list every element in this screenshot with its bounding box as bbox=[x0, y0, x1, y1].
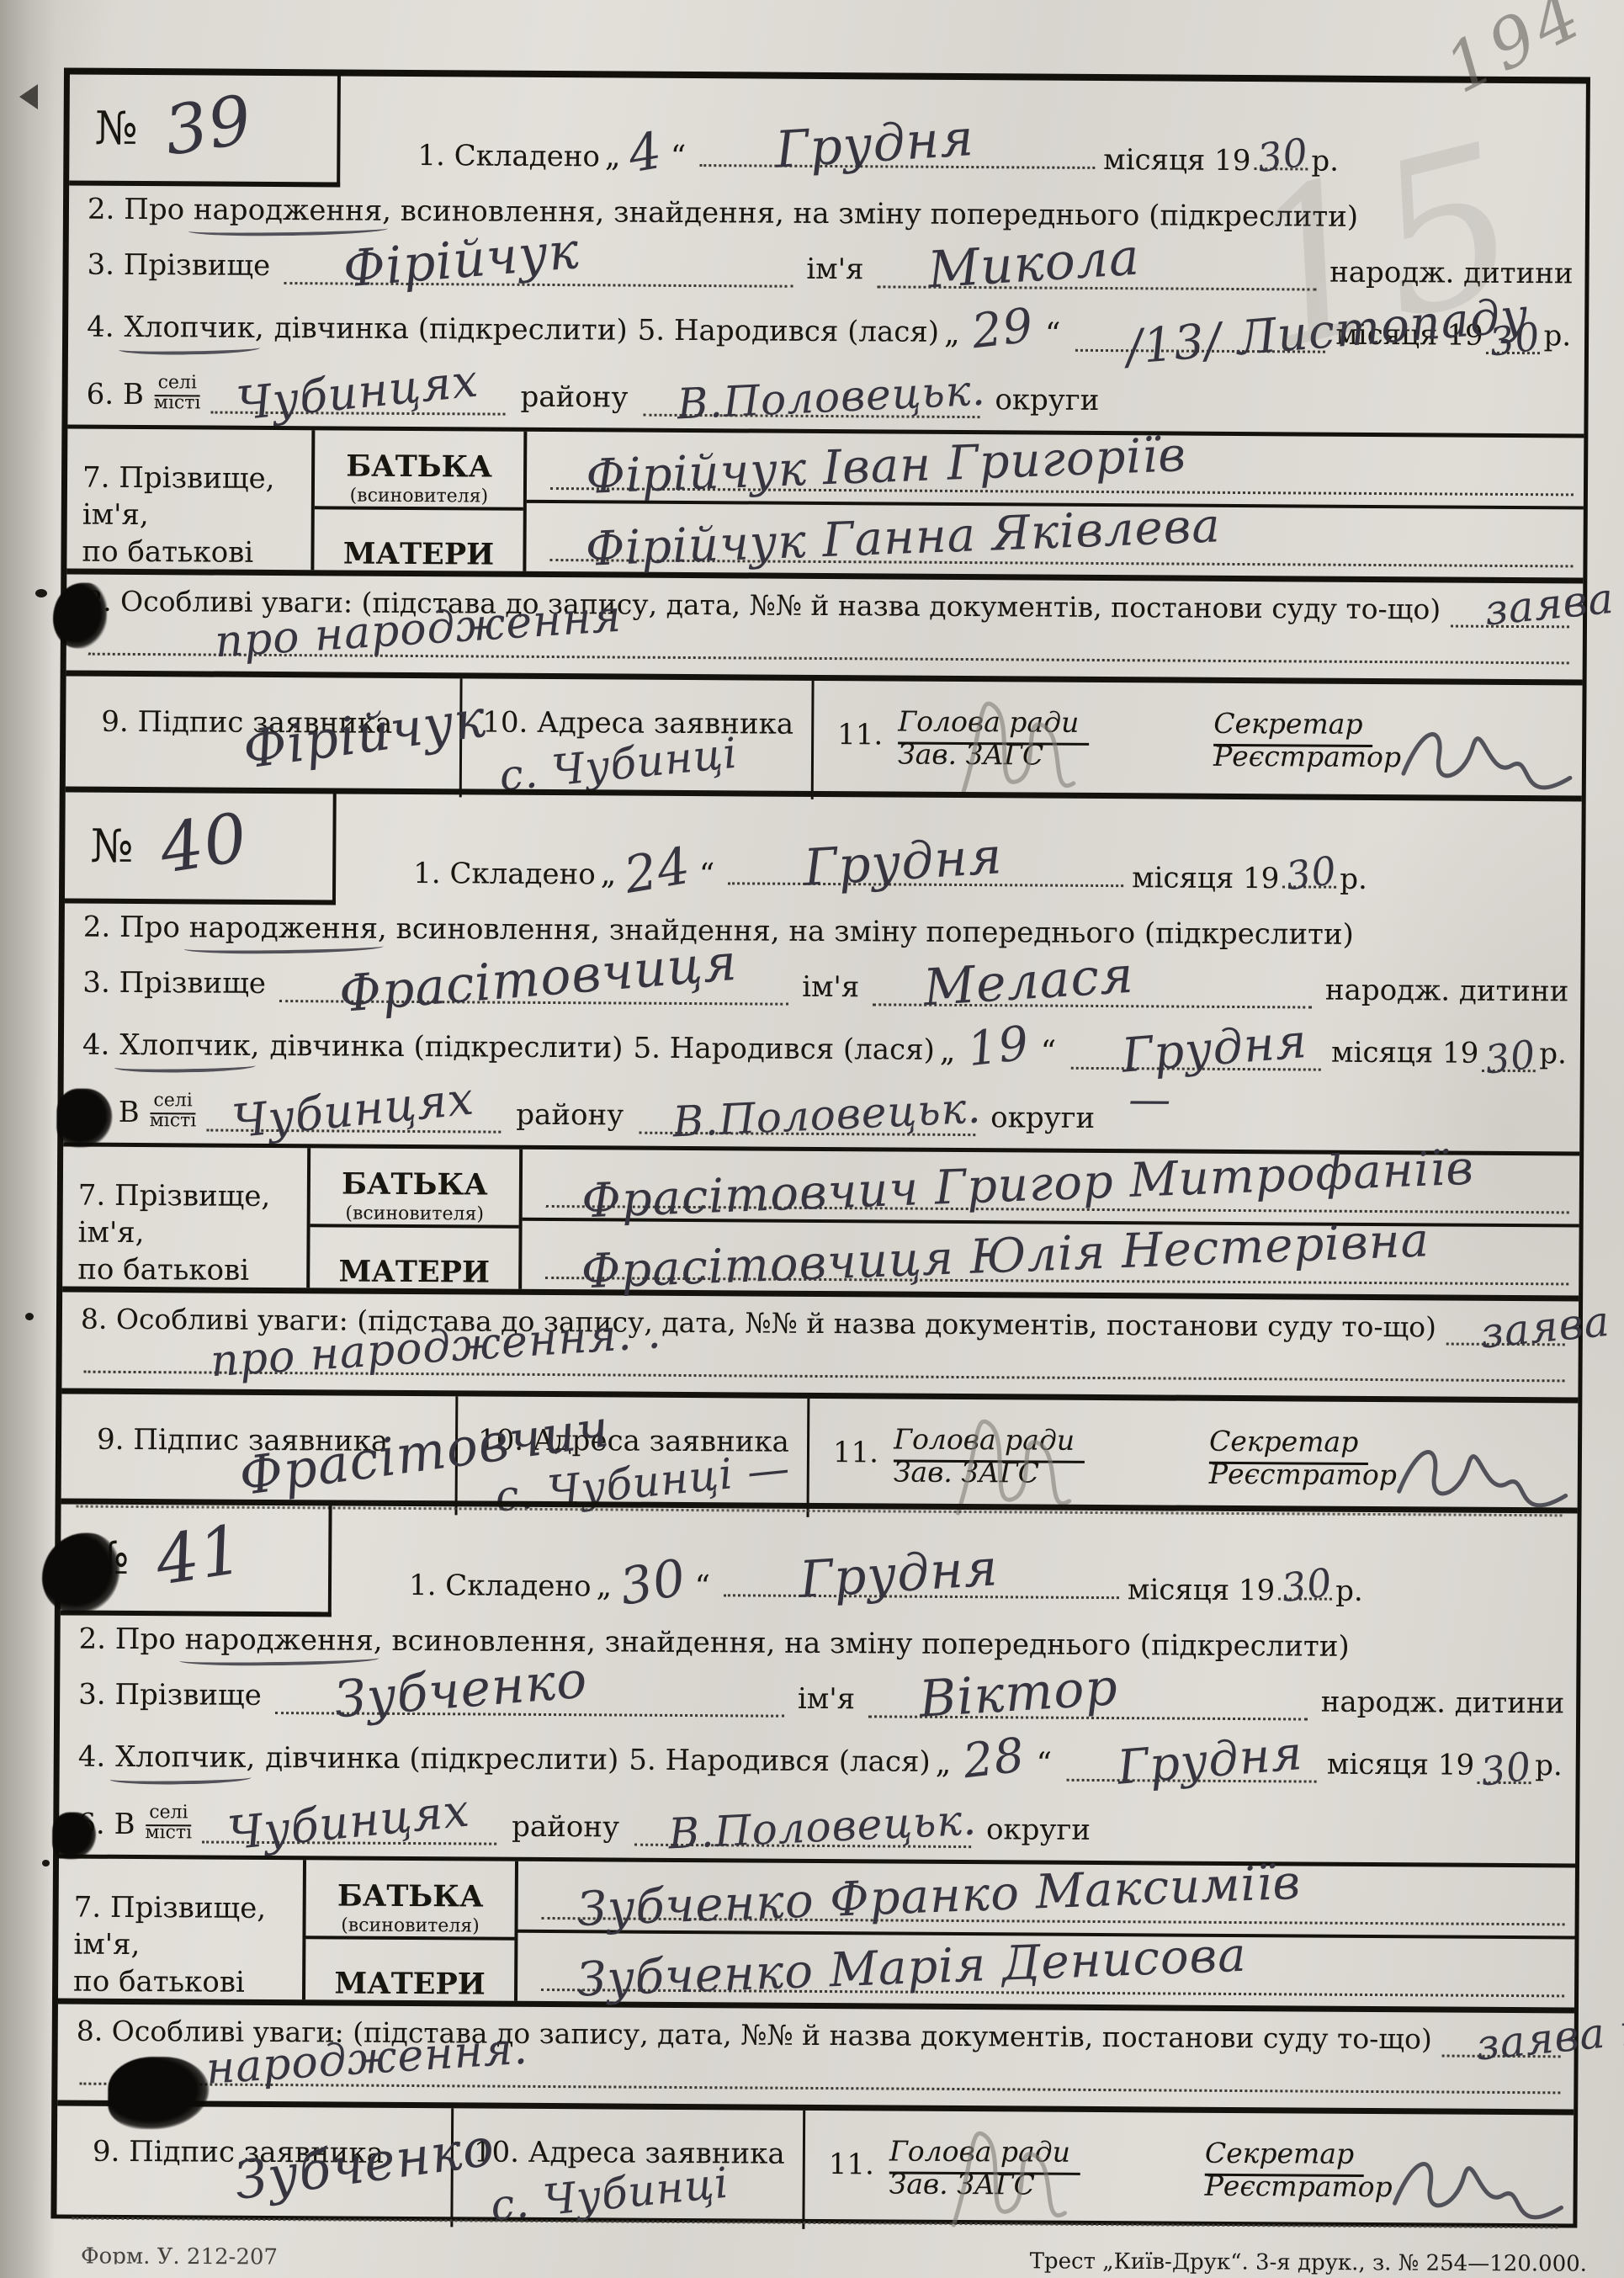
composed-month-handwritten: Грудня bbox=[773, 109, 975, 180]
ink-blot bbox=[56, 1088, 112, 1147]
close-quote: “ bbox=[1041, 1035, 1057, 1070]
village-town-selector: селі місті bbox=[154, 373, 201, 414]
district-label: району bbox=[516, 1098, 624, 1134]
record-header-row: № 41 1. Складено„30“Груднямісяця 1930р. bbox=[61, 1504, 1578, 1624]
child-birth-label: народж. дитини bbox=[1325, 974, 1569, 1011]
record-header-row: № 40 1. Складено„24“Груднямісяця 1930р. bbox=[65, 792, 1582, 912]
village-handwritten: Чубинцях bbox=[234, 354, 480, 431]
district-label: району bbox=[512, 1810, 619, 1846]
born-day-handwritten: 28 bbox=[960, 1728, 1027, 1789]
remarks-handwritten-1: заява bbox=[1483, 574, 1616, 635]
secretary-title-stack: Секретар Реєстратор bbox=[1205, 2137, 1393, 2203]
close-quote: “ bbox=[671, 140, 687, 174]
surname-name-row: 3. Прізвище Зубченко ім'я Віктор народж.… bbox=[60, 1657, 1576, 1730]
village-field: Чубинцях bbox=[206, 1097, 501, 1134]
child-name-handwritten: Віктор bbox=[917, 1658, 1120, 1729]
applicant-signature-handwritten: Фірійчук bbox=[240, 688, 490, 781]
remarks-field-2: народження. bbox=[79, 2083, 1560, 2095]
girl-label: дівчинка (підкреслити) bbox=[265, 1741, 618, 1779]
surname-label: 3. Прізвище bbox=[82, 966, 266, 1002]
sex-born-row: 4. Хлопчик, дівчинка (підкреслити) 5. На… bbox=[60, 1721, 1576, 1794]
father-label: БАТЬКА bbox=[346, 449, 492, 485]
printing-house-note: Трест „Київ-Друк“. 3-я друк., з. № 254—1… bbox=[1030, 2249, 1588, 2276]
born-day-handwritten: 29 bbox=[969, 298, 1036, 359]
head-signature-squiggle bbox=[928, 2111, 1097, 2238]
clause4-number: 4. bbox=[78, 1740, 106, 1776]
applicant-address-label: 10. Адреса заявника bbox=[474, 2135, 785, 2170]
paper-speck bbox=[42, 1860, 50, 1866]
open-quote: „ bbox=[940, 1034, 956, 1069]
remarks-row: 8. Особливі уваги: (підстава до запису, … bbox=[61, 1292, 1579, 1403]
okruha-label: округи bbox=[995, 383, 1099, 419]
district-field: В.Половецьк. bbox=[634, 1811, 971, 1848]
composed-day-handwritten: 24 bbox=[620, 836, 695, 905]
parents-label-line1: 7. Прізвище, ім'я, bbox=[77, 1179, 270, 1251]
girl-label: дівчинка (підкреслити) bbox=[269, 1029, 623, 1067]
secretary-signature-cell: Секретар Реєстратор bbox=[1202, 1401, 1579, 1522]
name-label: ім'я bbox=[806, 252, 863, 288]
mother-label: МАТЕРИ bbox=[334, 1966, 486, 2001]
born-label: 5. Народився (лася) bbox=[629, 1744, 931, 1781]
father-entry: Зубченко Франко Максиміїв bbox=[517, 1861, 1574, 1940]
clause11-number: 11. bbox=[828, 2134, 874, 2229]
form-frame: № 39 1. Складено„4“Груднямісяця 1930р. 2… bbox=[50, 67, 1590, 2228]
name-field: Мелася bbox=[873, 970, 1312, 1008]
close-quote: “ bbox=[1036, 1747, 1052, 1782]
sex-born-row: 4. Хлопчик, дівчинка (підкреслити) 5. На… bbox=[64, 1009, 1580, 1082]
okruha-label: округи bbox=[990, 1101, 1095, 1137]
record-number-handwritten: 40 bbox=[155, 798, 253, 889]
ink-blot bbox=[53, 582, 107, 648]
parents-label: 7. Прізвище, ім'я, по батькові bbox=[58, 1858, 303, 1999]
record-number-box: № 40 bbox=[65, 792, 337, 905]
clause2-prefix: 2. Про bbox=[83, 911, 180, 945]
parent-type-box: БАТЬКА (всиновителя) МАТЕРИ bbox=[310, 430, 527, 571]
surname-label: 3. Прізвище bbox=[78, 1678, 262, 1714]
surname-handwritten: Фірійчук bbox=[341, 221, 581, 300]
clause2-birth-underlined: народження, bbox=[189, 911, 387, 945]
father-cell: БАТЬКА (всиновителя) bbox=[305, 1860, 515, 1941]
boy-underlined: Хлопчик, bbox=[119, 1028, 259, 1065]
okruha-dash-handwritten: — bbox=[1128, 1075, 1171, 1123]
head-signature-squiggle bbox=[937, 682, 1107, 809]
composed-month-handwritten: Грудня bbox=[802, 826, 1004, 898]
month-19-label: місяця 19 bbox=[1128, 1573, 1275, 1607]
clause11-number: 11. bbox=[837, 704, 884, 799]
clause2-birth-underlined: народження, bbox=[194, 193, 391, 227]
registrar-label: Реєстратор bbox=[1213, 735, 1401, 773]
applicant-signature-cell: 9. Підпис заявника Зубченко bbox=[56, 2105, 451, 2227]
print-footer: Форм. У. 212-207 Трест „Київ-Друк“. 3-я … bbox=[81, 2243, 1587, 2276]
paper-speck bbox=[25, 1313, 34, 1320]
registrar-signature-squiggle bbox=[1392, 696, 1586, 823]
surname-field: Фірійчук bbox=[284, 249, 793, 288]
record-number-handwritten: 41 bbox=[151, 1510, 249, 1601]
born-month-handwritten: Грудня bbox=[1116, 1726, 1305, 1796]
name-label: ім'я bbox=[802, 970, 859, 1006]
composed-label: 1. Складено bbox=[409, 1569, 592, 1603]
ink-blot bbox=[52, 1812, 96, 1859]
year-r-label: р. bbox=[1539, 1037, 1567, 1072]
secretary-title-stack: Секретар Реєстратор bbox=[1213, 707, 1402, 773]
parents-entries: Фрасітовчич Григор Митрофаніїв Фрасітовч… bbox=[522, 1150, 1579, 1296]
open-quote: „ bbox=[944, 316, 960, 351]
clause2-birth-underlined: народження, bbox=[184, 1622, 382, 1657]
in-label: 6. В bbox=[87, 378, 144, 413]
secretary-title-stack: Секретар Реєстратор bbox=[1209, 1425, 1398, 1491]
place-row: 6. В селі місті Чубинцях району В.Полове… bbox=[63, 1073, 1579, 1151]
composed-month-handwritten: Грудня bbox=[798, 1538, 1000, 1610]
parents-entries: Фірійчук Іван Григоріїв Фірійчук Ганна Я… bbox=[526, 432, 1584, 578]
month-19-label: місяця 19 bbox=[1331, 1036, 1478, 1072]
registrar-signature-squiggle bbox=[1387, 1414, 1581, 1541]
father-cell: БАТЬКА (всиновителя) bbox=[310, 1148, 520, 1229]
number-sign: № bbox=[90, 819, 135, 872]
year-r-label: р. bbox=[1340, 863, 1367, 896]
surname-label: 3. Прізвище bbox=[87, 248, 270, 284]
born-year-field: 30 bbox=[1482, 1042, 1536, 1072]
composed-label: 1. Складено bbox=[417, 139, 600, 173]
month-19-label: місяця 19 bbox=[1327, 1748, 1474, 1784]
mother-label: МАТЕРИ bbox=[343, 536, 495, 571]
boy-underlined: Хлопчик, bbox=[124, 311, 263, 347]
district-handwritten: В.Половецьк. bbox=[667, 1796, 978, 1859]
town-word: місті bbox=[145, 1820, 192, 1843]
composed-day-handwritten: 4 bbox=[624, 121, 666, 185]
close-quote: “ bbox=[694, 1569, 710, 1604]
close-quote: “ bbox=[1045, 317, 1061, 352]
remarks-field-2: про народження. . bbox=[84, 1371, 1565, 1383]
year-r-label: р. bbox=[1335, 1574, 1363, 1608]
close-quote: “ bbox=[699, 858, 715, 892]
clause2-rest: всиновлення, знайдення, на зміну поперед… bbox=[395, 912, 1353, 952]
composed-month-field: Грудня bbox=[724, 1561, 1119, 1599]
form-code: Форм. У. 212-207 bbox=[81, 2243, 278, 2265]
mother-cell: МАТЕРИ bbox=[305, 1939, 514, 2002]
applicant-signature-cell: 9. Підпис заявника Фірійчук bbox=[66, 676, 460, 797]
open-quote: „ bbox=[596, 1569, 612, 1603]
open-quote: „ bbox=[605, 139, 621, 173]
remarks-field-1: заява про bbox=[1442, 2026, 1561, 2058]
village-handwritten: Чубинцях bbox=[226, 1784, 472, 1861]
records-container: № 39 1. Складено„4“Груднямісяця 1930р. 2… bbox=[56, 75, 1585, 2220]
record-number-box: № 39 bbox=[69, 75, 341, 188]
adopter-label: (всиновителя) bbox=[315, 485, 523, 507]
parents-row: 7. Прізвище, ім'я, по батькові БАТЬКА (в… bbox=[66, 424, 1584, 583]
name-label: ім'я bbox=[798, 1682, 855, 1718]
registrar-label: Реєстратор bbox=[1205, 2165, 1393, 2203]
signatures-row: 9. Підпис заявника Зубченко 10. Адреса з… bbox=[56, 2105, 1574, 2233]
remarks-field-1: заява bbox=[1451, 596, 1569, 629]
boy-underlined: Хлопчик, bbox=[115, 1740, 255, 1776]
remarks-row: 8. Особливі уваги: (підстава до запису, … bbox=[66, 574, 1584, 685]
place-row: 6. В селі місті Чубинцях району В.Полове… bbox=[59, 1785, 1575, 1863]
parents-row: 7. Прізвище, ім'я, по батькові БАТЬКА (в… bbox=[62, 1142, 1579, 1301]
surname-field: Фрасітовчиця bbox=[279, 967, 788, 1006]
composed-month-field: Грудня bbox=[699, 131, 1095, 169]
village-town-selector: селі місті bbox=[150, 1091, 197, 1132]
born-year-handwritten: 30 bbox=[1483, 1031, 1539, 1083]
village-town-selector: селі місті bbox=[145, 1803, 192, 1844]
adopter-label: (всиновителя) bbox=[310, 1203, 519, 1225]
born-year-field: 30 bbox=[1478, 1754, 1531, 1784]
born-label: 5. Народився (лася) bbox=[633, 1032, 935, 1069]
birth-registration-record: № 41 1. Складено„30“Груднямісяця 1930р. … bbox=[56, 1498, 1577, 2219]
mother-entry: Фірійчук Ганна Яківлева bbox=[526, 503, 1583, 578]
parents-row: 7. Прізвище, ім'я, по батькові БАТЬКА (в… bbox=[58, 1854, 1575, 2013]
adopter-label: (всиновителя) bbox=[305, 1914, 514, 1937]
district-field: В.Половецьк. bbox=[639, 1099, 975, 1136]
remarks-field-1: заява про bbox=[1446, 1314, 1565, 1346]
mother-entry: Зубченко Марія Денисова bbox=[517, 1933, 1574, 2008]
clause4-number: 4. bbox=[82, 1028, 110, 1064]
parents-label-line2: по батькові bbox=[73, 1965, 245, 1999]
born-month-field: Грудня bbox=[1071, 1034, 1321, 1071]
applicant-address-cell: 10. Адреса заявника с. Чубинці bbox=[450, 2108, 803, 2229]
parents-label-line1: 7. Прізвище, ім'я, bbox=[73, 1891, 266, 1962]
secretary-signature-cell: Секретар Реєстратор bbox=[1197, 2113, 1574, 2234]
mother-name-handwritten: Зубченко Марія Денисова bbox=[576, 1928, 1247, 2008]
district-handwritten: В.Половецьк. bbox=[676, 366, 986, 429]
record-number-handwritten: 39 bbox=[159, 80, 257, 171]
paper-speck bbox=[35, 589, 47, 597]
composed-year-handwritten: 30 bbox=[1283, 847, 1340, 900]
head-signature-cell: 11. Голова ради Зав. ЗАГС bbox=[802, 2111, 1198, 2232]
registrar-label: Реєстратор bbox=[1209, 1453, 1397, 1491]
child-name-handwritten: Микола bbox=[926, 228, 1142, 300]
district-label: району bbox=[520, 380, 628, 417]
district-handwritten: В.Половецьк. bbox=[671, 1084, 982, 1147]
parents-entries: Зубченко Франко Максиміїв Зубченко Марія… bbox=[517, 1861, 1575, 2008]
composed-label: 1. Складено bbox=[413, 857, 596, 891]
mother-cell: МАТЕРИ bbox=[310, 1227, 518, 1290]
year-r-label: р. bbox=[1535, 1749, 1563, 1784]
parent-type-box: БАТЬКА (всиновителя) МАТЕРИ bbox=[306, 1148, 523, 1289]
composed-year-field: 30 bbox=[1282, 858, 1336, 888]
born-day-handwritten: 19 bbox=[964, 1016, 1032, 1077]
clause2-prefix: 2. Про bbox=[88, 193, 184, 227]
village-field: Чубинцях bbox=[202, 1808, 496, 1845]
surname-field: Зубченко bbox=[275, 1679, 784, 1718]
father-name-handwritten: Фірійчук Іван Григоріїв bbox=[585, 427, 1187, 505]
child-name-handwritten: Мелася bbox=[921, 946, 1135, 1018]
remarks-row: 8. Особливі уваги: (підстава до запису, … bbox=[57, 2004, 1574, 2115]
father-cell: БАТЬКА (всиновителя) bbox=[315, 430, 524, 511]
margin-arrow-mark bbox=[7, 84, 38, 109]
father-label: БАТЬКА bbox=[342, 1167, 488, 1203]
mother-cell: МАТЕРИ bbox=[314, 509, 523, 572]
parents-label: 7. Прізвище, ім'я, по батькові bbox=[62, 1146, 307, 1288]
composed-year-handwritten: 30 bbox=[1279, 1559, 1335, 1612]
surname-handwritten: Зубченко bbox=[332, 1650, 590, 1729]
surname-name-row: 3. Прізвище Фрасітовчиця ім'я Мелася нар… bbox=[64, 945, 1580, 1018]
parent-type-box: БАТЬКА (всиновителя) МАТЕРИ bbox=[302, 1860, 518, 2001]
birth-registration-record: № 40 1. Складено„24“Груднямісяця 1930р. … bbox=[61, 786, 1582, 1507]
applicant-address-cell: 10. Адреса заявника с. Чубинці bbox=[459, 678, 812, 799]
father-label: БАТЬКА bbox=[337, 1878, 484, 1914]
parents-label-line2: по батькові bbox=[82, 535, 253, 570]
district-field: В.Половецьк. bbox=[643, 381, 979, 418]
mother-entry: Фрасітовчиця Юлія Нестерівна bbox=[522, 1221, 1579, 1296]
girl-label: дівчинка (підкреслити) bbox=[274, 311, 628, 349]
composed-day-handwritten: 30 bbox=[616, 1548, 691, 1617]
mother-name-handwritten: Фрасітовчиця Юлія Нестерівна bbox=[581, 1213, 1430, 1299]
born-month-handwritten: Грудня bbox=[1120, 1014, 1309, 1084]
signatures-row: 9. Підпис заявника Фірійчук 10. Адреса з… bbox=[66, 676, 1583, 804]
open-quote: „ bbox=[936, 1746, 952, 1781]
year-r-label: р. bbox=[1543, 319, 1571, 354]
town-word: місті bbox=[154, 390, 201, 413]
applicant-signature-cell: 9. Підпис заявника Фрасітовчич bbox=[61, 1394, 456, 1515]
child-birth-label: народж. дитини bbox=[1321, 1686, 1565, 1723]
parents-label-line1: 7. Прізвище, ім'я, bbox=[82, 461, 275, 533]
composed-month-field: Грудня bbox=[728, 849, 1123, 887]
mother-name-handwritten: Фірійчук Ганна Яківлева bbox=[585, 498, 1222, 576]
applicant-address-label: 10. Адреса заявника bbox=[482, 706, 793, 741]
clause2-prefix: 2. Про bbox=[78, 1622, 175, 1657]
village-handwritten: Чубинцях bbox=[230, 1072, 476, 1149]
registrar-signature-squiggle bbox=[1383, 2126, 1577, 2253]
born-month-field: Грудня bbox=[1067, 1746, 1317, 1783]
head-signature-cell: 11. Голова ради Зав. ЗАГС bbox=[807, 1399, 1203, 1520]
father-name-handwritten: Зубченко Франко Максиміїв bbox=[576, 1856, 1302, 1937]
open-quote: „ bbox=[601, 857, 617, 891]
clause4-number: 4. bbox=[87, 311, 114, 346]
father-entry: Фірійчук Іван Григоріїв bbox=[527, 432, 1584, 510]
mother-label: МАТЕРИ bbox=[338, 1254, 490, 1289]
born-label: 5. Народився (лася) bbox=[638, 314, 940, 351]
record-number-box: № 41 bbox=[61, 1504, 332, 1617]
village-field: Чубинцях bbox=[210, 379, 505, 416]
month-19-label: місяця 19 bbox=[1132, 861, 1279, 895]
name-field: Віктор bbox=[868, 1682, 1308, 1720]
secretary-signature-cell: Секретар Реєстратор bbox=[1207, 683, 1583, 804]
remarks-field-2: про народження bbox=[88, 653, 1569, 665]
composed-year-field: 30 bbox=[1278, 1569, 1332, 1600]
town-word: місті bbox=[150, 1108, 197, 1131]
scanned-registry-page: 194 15 № 39 1. Складено„4“Груднямісяця 1… bbox=[0, 0, 1624, 2278]
number-sign: № bbox=[94, 101, 139, 154]
okruha-label: округи bbox=[986, 1813, 1091, 1849]
parents-label: 7. Прізвище, ім'я, по батькові bbox=[66, 428, 311, 570]
ink-blot bbox=[42, 1532, 120, 1614]
head-signature-cell: 11. Голова ради Зав. ЗАГС bbox=[811, 681, 1207, 802]
parents-label-line2: по батькові bbox=[77, 1253, 249, 1288]
born-year-handwritten: 30 bbox=[1478, 1743, 1535, 1795]
